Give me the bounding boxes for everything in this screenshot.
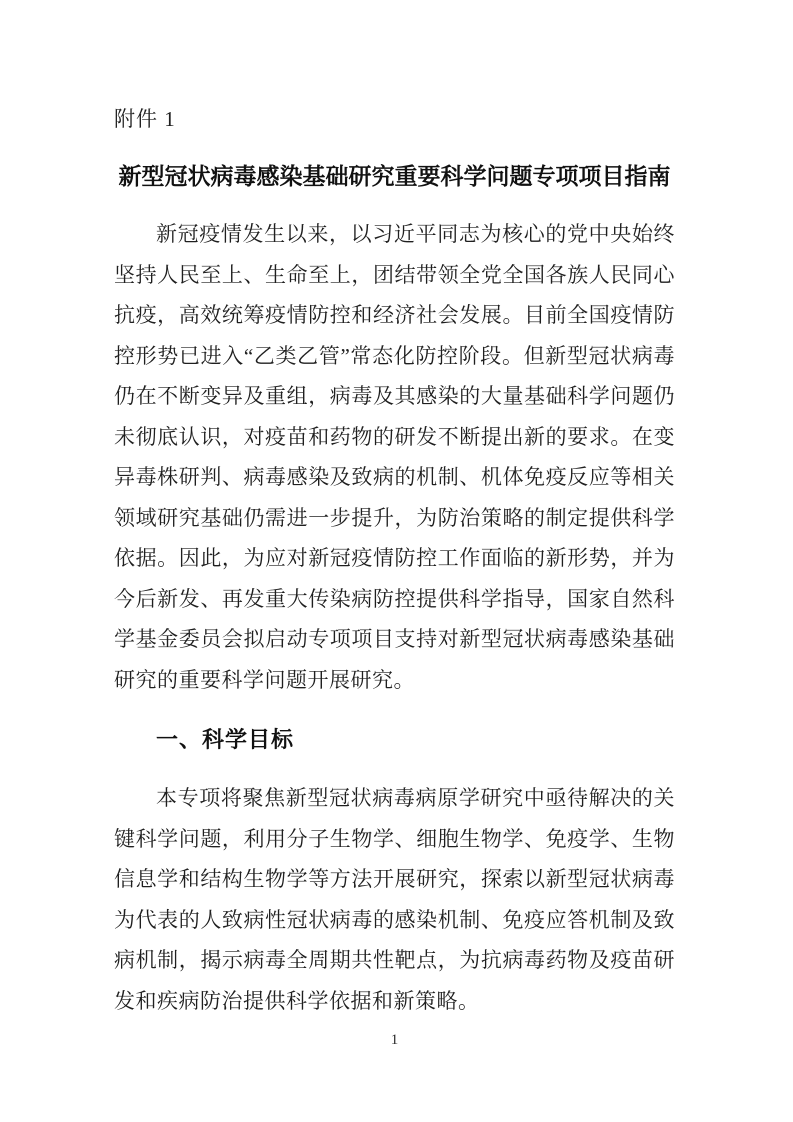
section-science-goal-paragraph: 本专项将聚焦新型冠状病毒病原学研究中亟待解决的关键科学问题，利用分子生物学、细胞… [114,778,675,1021]
attachment-label: 附件 1 [114,0,675,134]
document-title: 新型冠状病毒感染基础研究重要科学问题专项项目指南 [114,160,675,194]
section-heading-science-goal: 一、科学目标 [156,724,675,756]
page-number: 1 [114,1029,675,1051]
intro-paragraph: 新冠疫情发生以来，以习近平同志为核心的党中央始终坚持人民至上、生命至上，团结带领… [114,214,675,700]
document-page: 附件 1 新型冠状病毒感染基础研究重要科学问题专项项目指南 新冠疫情发生以来，以… [0,0,793,1122]
